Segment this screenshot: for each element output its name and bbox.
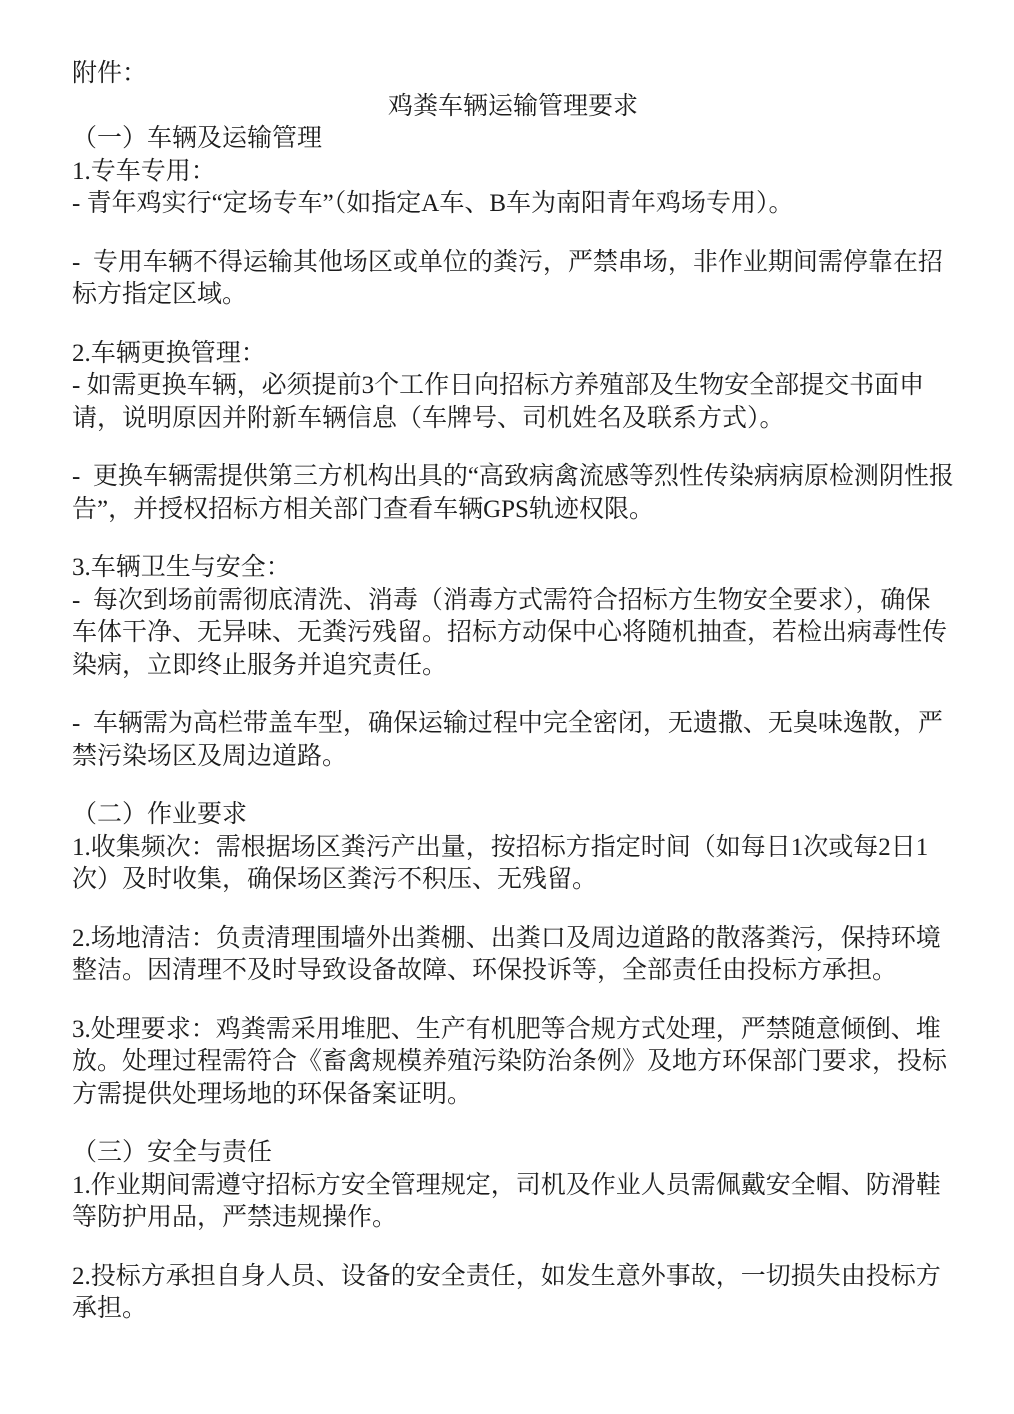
attachment-label: 附件： — [72, 58, 954, 91]
item-vehicle-replacement-heading: 2.车辆更换管理： — [72, 338, 954, 371]
section-heading-operation-requirements: （二）作业要求 — [72, 799, 954, 832]
document-body: 附件： 鸡粪车辆运输管理要求 （一）车辆及运输管理 1.专车专用： - 青年鸡实… — [72, 58, 954, 1326]
bullet-cleaning-disinfection: - 每次到场前需彻底清洗、消毒（消毒方式需符合招标方生物安全要求），确保车体干净… — [72, 585, 954, 683]
section-heading-vehicle-transport: （一）车辆及运输管理 — [72, 123, 954, 156]
document-title: 鸡粪车辆运输管理要求 — [72, 91, 954, 124]
item-vehicle-hygiene-heading: 3.车辆卫生与安全： — [72, 552, 954, 585]
section-heading-safety-responsibility: （三）安全与责任 — [72, 1137, 954, 1170]
bullet-covered-vehicle-type: - 车辆需为高栏带盖车型，确保运输过程中完全密闭，无遗撒、无臭味逸散，严禁污染场… — [72, 708, 954, 773]
item-dedicated-vehicle-heading: 1.专车专用： — [72, 156, 954, 189]
bullet-replacement-application: - 如需更换车辆，必须提前3个工作日向招标方养殖部及生物安全部提交书面申请，说明… — [72, 370, 954, 435]
item-site-cleaning: 2.场地清洁：负责清理围墙外出粪棚、出粪口及周边道路的散落粪污，保持环境整洁。因… — [72, 923, 954, 988]
item-safety-rules: 1.作业期间需遵守招标方安全管理规定，司机及作业人员需佩戴安全帽、防滑鞋等防护用… — [72, 1170, 954, 1235]
item-collection-frequency: 1.收集频次：需根据场区粪污产出量，按招标方指定时间（如每日1次或每2日1次）及… — [72, 832, 954, 897]
item-processing-requirements: 3.处理要求：鸡粪需采用堆肥、生产有机肥等合规方式处理，严禁随意倾倒、堆放。处理… — [72, 1014, 954, 1112]
document-page: 附件： 鸡粪车辆运输管理要求 （一）车辆及运输管理 1.专车专用： - 青年鸡实… — [0, 0, 1014, 1414]
bullet-no-other-site-transport: - 专用车辆不得运输其他场区或单位的粪污，严禁串场，非作业期间需停靠在招标方指定… — [72, 247, 954, 312]
bullet-young-chicken-dedicated-vehicle: - 青年鸡实行“定场专车”（如指定A车、B车为南阳青年鸡场专用）。 — [72, 188, 954, 221]
item-bidder-liability: 2.投标方承担自身人员、设备的安全责任，如发生意外事故，一切损失由投标方承担。 — [72, 1261, 954, 1326]
bullet-third-party-test-report: - 更换车辆需提供第三方机构出具的“高致病禽流感等烈性传染病病原检测阴性报告”，… — [72, 461, 954, 526]
